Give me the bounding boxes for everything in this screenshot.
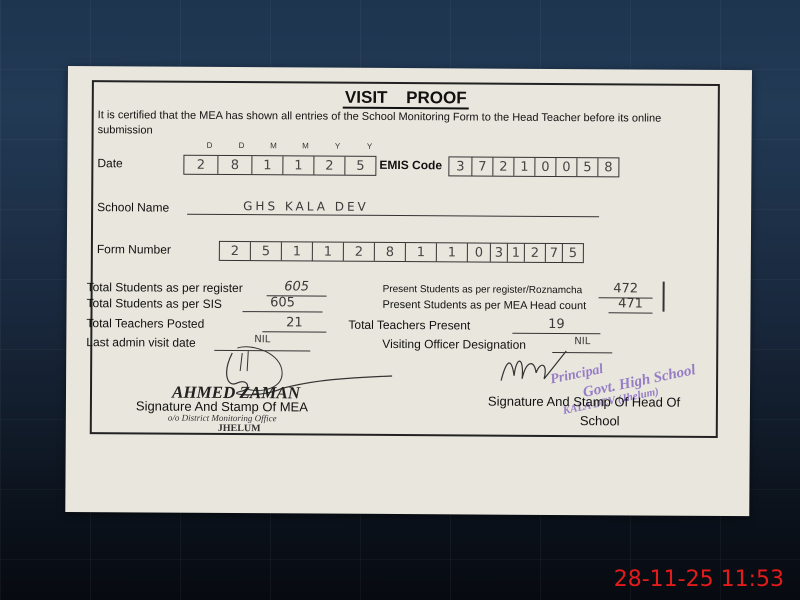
- emis-digit: 7: [472, 157, 493, 175]
- date-digit: 1: [252, 156, 283, 174]
- date-format-labels: D D M M Y Y: [193, 141, 385, 151]
- total-students-register-value: 605: [267, 279, 327, 296]
- photo-timestamp: 28-11-25 11:53: [614, 567, 784, 592]
- emis-code-label: EMIS Code: [379, 158, 442, 172]
- date-digit: 2: [184, 156, 218, 174]
- form-number-digit: 2: [525, 244, 546, 262]
- form-number-label: Form Number: [97, 242, 171, 256]
- present-students-headcount-value: 471: [608, 296, 652, 313]
- total-students-sis-value: 605: [243, 295, 323, 312]
- school-name-label: School Name: [97, 200, 169, 214]
- emis-digit: 0: [535, 158, 556, 176]
- present-students-register-label: Present Students as per register/Roznamc…: [383, 284, 583, 296]
- total-teachers-present-value: 19: [512, 317, 600, 335]
- certification-text: It is certified that the MEA has shown a…: [98, 108, 708, 142]
- emis-digit: 0: [556, 158, 577, 176]
- present-students-headcount-label: Present Students as per MEA Head count: [383, 299, 587, 312]
- last-admin-visit-label: Last admin visit date: [86, 335, 195, 350]
- emis-digit: 3: [449, 157, 472, 175]
- form-number-digit: 1: [282, 242, 313, 260]
- date-digit: 8: [218, 156, 252, 174]
- date-digit: 1: [283, 156, 314, 174]
- mea-stamp-city: JHELUM: [218, 423, 261, 434]
- form-number-digit: 7: [546, 244, 563, 262]
- form-number-digit: 5: [563, 244, 583, 262]
- form-number-digit: 2: [220, 242, 251, 260]
- form-number-digit: 8: [375, 243, 406, 261]
- form-number-digit: 1: [508, 244, 525, 262]
- emis-digit: 2: [493, 158, 514, 176]
- total-teachers-posted-label: Total Teachers Posted: [86, 316, 204, 331]
- emis-code-boxes: 3 7 2 1 0 0 5 8: [448, 156, 619, 177]
- form-number-digit: 5: [251, 242, 282, 260]
- total-students-sis-label: Total Students as per SIS: [87, 296, 223, 311]
- form-number-boxes: 2 5 1 1 2 8 1 1 0 3 1 2 7 5: [219, 241, 584, 263]
- date-digit: 2: [314, 157, 345, 175]
- margin-mark: [663, 282, 665, 312]
- emis-digit: 5: [577, 158, 598, 176]
- date-label: Date: [97, 156, 122, 170]
- emis-digit: 8: [598, 158, 618, 176]
- form-number-digit: 1: [313, 242, 344, 260]
- total-teachers-present-label: Total Teachers Present: [348, 318, 470, 333]
- form-border: VISIT PROOF It is certified that the MEA…: [90, 80, 720, 438]
- form-number-digit: 3: [491, 244, 508, 262]
- form-number-digit: 0: [468, 243, 491, 261]
- total-teachers-posted-value: 21: [262, 315, 326, 332]
- mea-stamp-office: o/o District Monitoring Office: [168, 413, 277, 424]
- form-title: VISIT PROOF: [94, 86, 718, 110]
- emis-digit: 1: [514, 158, 535, 176]
- school-name-value: GHS KALA DEV: [187, 199, 599, 218]
- date-digit: 5: [345, 157, 375, 175]
- head-signature-label-line2: School: [580, 413, 620, 428]
- total-students-register-label: Total Students as per register: [87, 280, 243, 295]
- visit-proof-form: VISIT PROOF It is certified that the MEA…: [65, 66, 752, 516]
- form-number-digit: 2: [344, 243, 375, 261]
- form-number-digit: 1: [437, 243, 468, 261]
- date-boxes: 2 8 1 1 2 5: [183, 155, 376, 176]
- head-signature-label: Signature And Stamp Of Head Of: [488, 394, 680, 410]
- form-number-digit: 1: [406, 243, 437, 261]
